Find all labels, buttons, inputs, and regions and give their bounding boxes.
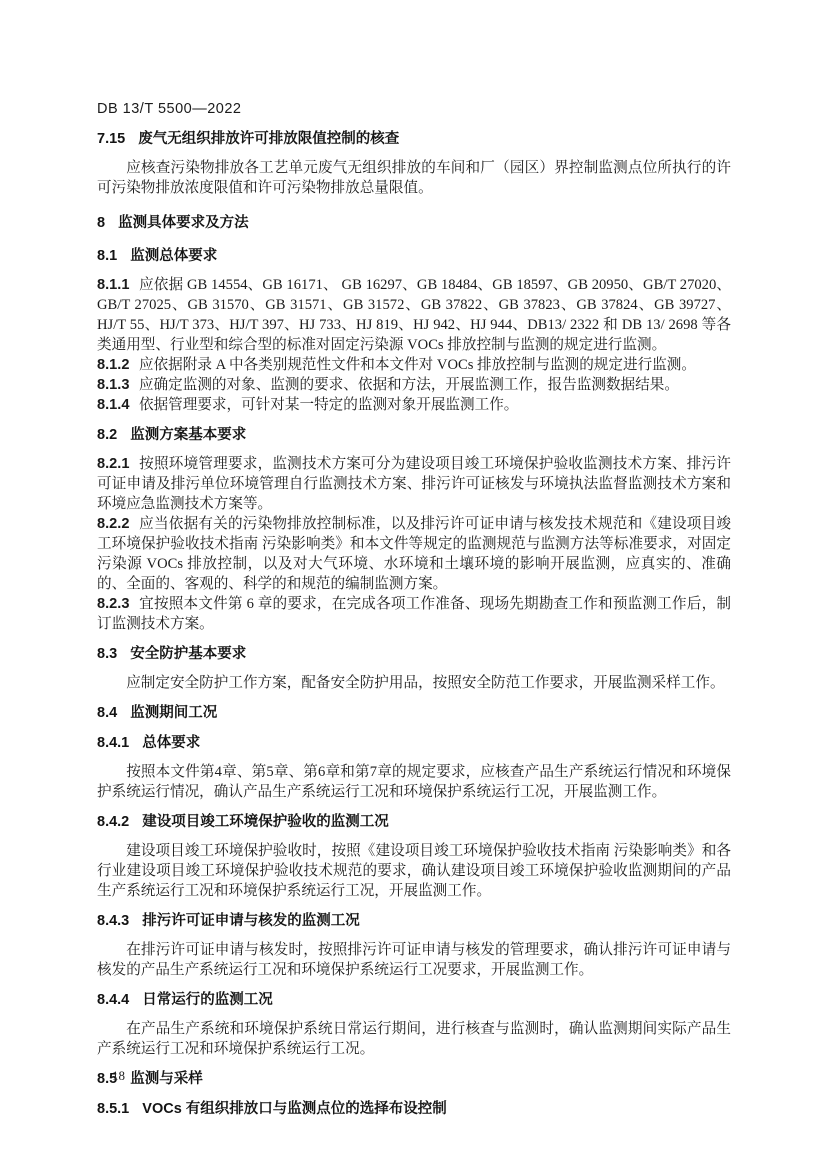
heading-number: 8 <box>97 215 105 231</box>
clause-text: 应依据附录 A 中各类别规范性文件和本文件对 VOCs 排放控制与监测的规定进行… <box>139 357 696 373</box>
clause-paragraph: 8.2.3宜按照本文件第 6 章的要求，在完成各项工作准备、现场先期勘查工作和预… <box>97 594 731 634</box>
heading-title: 监测具体要求及方法 <box>118 215 249 231</box>
heading-number: 8.2 <box>97 427 117 443</box>
section-heading: 8.5.1VOCs 有组织排放口与监测点位的选择布设控制 <box>97 1099 731 1119</box>
page-number: 18 <box>112 1068 125 1084</box>
clause-paragraph: 8.1.4依据管理要求，可针对某一特定的监测对象开展监测工作。 <box>97 395 731 415</box>
clause-number: 8.1.3 <box>97 377 129 393</box>
heading-number: 7.15 <box>97 131 125 147</box>
heading-number: 8.1 <box>97 248 117 264</box>
section-heading: 8.4.2建设项目竣工环境保护验收的监测工况 <box>97 812 731 832</box>
clause-text: 按照环境管理要求，监测技术方案可分为建设项目竣工环境保护验收监测技术方案、排污许… <box>97 456 731 512</box>
body-paragraph: 应制定安全防护工作方案，配备安全防护用品，按照安全防范工作要求，开展监测采样工作… <box>97 673 731 693</box>
heading-title: 建设项目竣工环境保护验收的监测工况 <box>142 814 389 830</box>
clause-paragraph: 8.2.1按照环境管理要求，监测技术方案可分为建设项目竣工环境保护验收监测技术方… <box>97 454 731 514</box>
heading-number: 8.4 <box>97 705 117 721</box>
section-heading: 8.3安全防护基本要求 <box>97 644 731 664</box>
clause-number: 8.1.4 <box>97 397 129 413</box>
clause-number: 8.2.1 <box>97 456 129 472</box>
heading-number: 8.5.1 <box>97 1101 129 1117</box>
clause-number: 8.2.2 <box>97 516 129 532</box>
clause-paragraph: 8.1.1应依据 GB 14554、GB 16171、 GB 16297、GB … <box>97 275 731 355</box>
heading-title: 排污许可证申请与核发的监测工况 <box>142 913 360 929</box>
document-page: DB 13/T 5500—2022 7.15废气无组织排放许可排放限值控制的核查… <box>97 100 731 1128</box>
clause-number: 8.1.2 <box>97 357 129 373</box>
heading-title: 监测期间工况 <box>130 705 217 721</box>
clause-text: 应依据 GB 14554、GB 16171、 GB 16297、GB 18484… <box>97 277 731 353</box>
section-heading: 8.1监测总体要求 <box>97 246 731 266</box>
heading-title: 监测与采样 <box>130 1071 203 1087</box>
clause-text: 依据管理要求，可针对某一特定的监测对象开展监测工作。 <box>139 397 518 413</box>
section-heading: 8.4.4日常运行的监测工况 <box>97 990 731 1010</box>
heading-title: VOCs 有组织排放口与监测点位的选择布设控制 <box>142 1101 447 1117</box>
body-paragraph: 按照本文件第4章、第5章、第6章和第7章的规定要求，应核查产品生产系统运行情况和… <box>97 762 731 802</box>
clause-text: 应确定监测的对象、监测的要求、依据和方法，开展监测工作，报告监测数据结果。 <box>139 377 679 393</box>
section-heading: 8.2监测方案基本要求 <box>97 425 731 445</box>
section-heading: 7.15废气无组织排放许可排放限值控制的核查 <box>97 129 731 149</box>
clause-number: 8.1.1 <box>97 277 129 293</box>
body-paragraph: 在产品生产系统和环境保护系统日常运行期间，进行核查与监测时，确认监测期间实际产品… <box>97 1019 731 1059</box>
document-body: 7.15废气无组织排放许可排放限值控制的核查应核查污染物排放各工艺单元废气无组织… <box>97 129 731 1119</box>
clause-text: 应当依据有关的污染物排放控制标准，以及排污许可证申请与核发技术规范和《建设项目竣… <box>97 516 731 592</box>
section-heading: 8.4监测期间工况 <box>97 703 731 723</box>
heading-title: 安全防护基本要求 <box>130 646 246 662</box>
heading-title: 废气无组织排放许可排放限值控制的核查 <box>138 131 399 147</box>
heading-title: 监测方案基本要求 <box>130 427 246 443</box>
heading-number: 8.3 <box>97 646 117 662</box>
clause-paragraph: 8.2.2应当依据有关的污染物排放控制标准，以及排污许可证申请与核发技术规范和《… <box>97 514 731 594</box>
clause-paragraph: 8.1.2应依据附录 A 中各类别规范性文件和本文件对 VOCs 排放控制与监测… <box>97 355 731 375</box>
heading-title: 日常运行的监测工况 <box>142 992 273 1008</box>
heading-title: 总体要求 <box>142 735 200 751</box>
section-heading: 8.4.1总体要求 <box>97 733 731 753</box>
body-paragraph: 建设项目竣工环境保护验收时，按照《建设项目竣工环境保护验收技术指南 污染影响类》… <box>97 841 731 901</box>
section-heading: 8.4.3排污许可证申请与核发的监测工况 <box>97 911 731 931</box>
section-heading: 8监测具体要求及方法 <box>97 213 731 233</box>
clause-text: 宜按照本文件第 6 章的要求，在完成各项工作准备、现场先期勘查工作和预监测工作后… <box>97 596 731 632</box>
heading-number: 8.4.2 <box>97 814 129 830</box>
section-heading: 8.5监测与采样 <box>97 1069 731 1089</box>
heading-title: 监测总体要求 <box>130 248 217 264</box>
clause-paragraph: 8.1.3应确定监测的对象、监测的要求、依据和方法，开展监测工作，报告监测数据结… <box>97 375 731 395</box>
heading-number: 8.4.4 <box>97 992 129 1008</box>
body-paragraph: 在排污许可证申请与核发时，按照排污许可证申请与核发的管理要求，确认排污许可证申请… <box>97 940 731 980</box>
body-paragraph: 应核查污染物排放各工艺单元废气无组织排放的车间和厂（园区）界控制监测点位所执行的… <box>97 158 731 198</box>
heading-number: 8.4.1 <box>97 735 129 751</box>
clause-number: 8.2.3 <box>97 596 129 612</box>
standard-number-header: DB 13/T 5500—2022 <box>97 100 731 119</box>
heading-number: 8.4.3 <box>97 913 129 929</box>
